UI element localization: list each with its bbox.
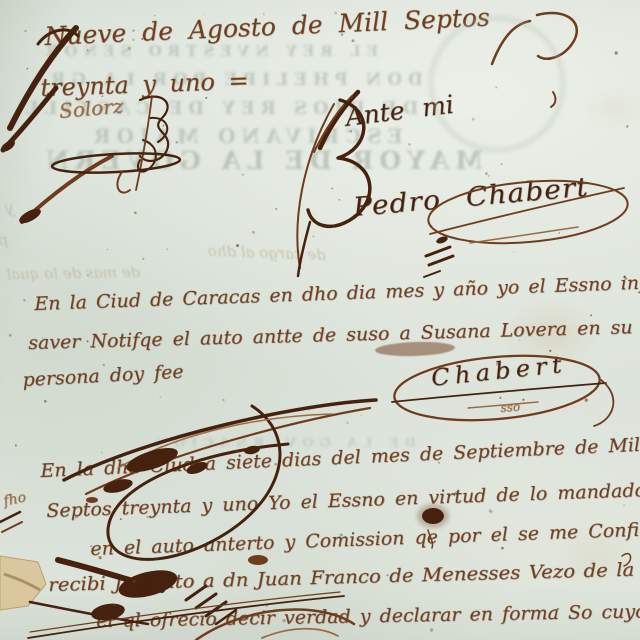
ink-overlay: [0, 0, 640, 640]
rubric-solorzano: [52, 96, 181, 193]
large-scribble: [64, 400, 376, 559]
flourish-ante-mi: [314, 92, 358, 152]
flourish-pedro-chabert: [426, 173, 630, 250]
foxing-speckles: [9, 11, 629, 631]
ink-strokes-top-left: [0, 28, 112, 226]
marks-under-signature: [424, 235, 453, 277]
margin-hash-marks: [0, 512, 631, 566]
circular-stain: [431, 18, 563, 150]
tan-repair-patch: [0, 556, 46, 610]
oval-chabert-signature: [392, 348, 614, 428]
bottom-cut-flourish: [196, 609, 354, 640]
manuscript-page: EL REY NVESTRO SENOR DON PHELIPE POR LA …: [0, 0, 640, 640]
ink-blot-line: [417, 504, 449, 548]
smear-over-name: [375, 341, 455, 358]
